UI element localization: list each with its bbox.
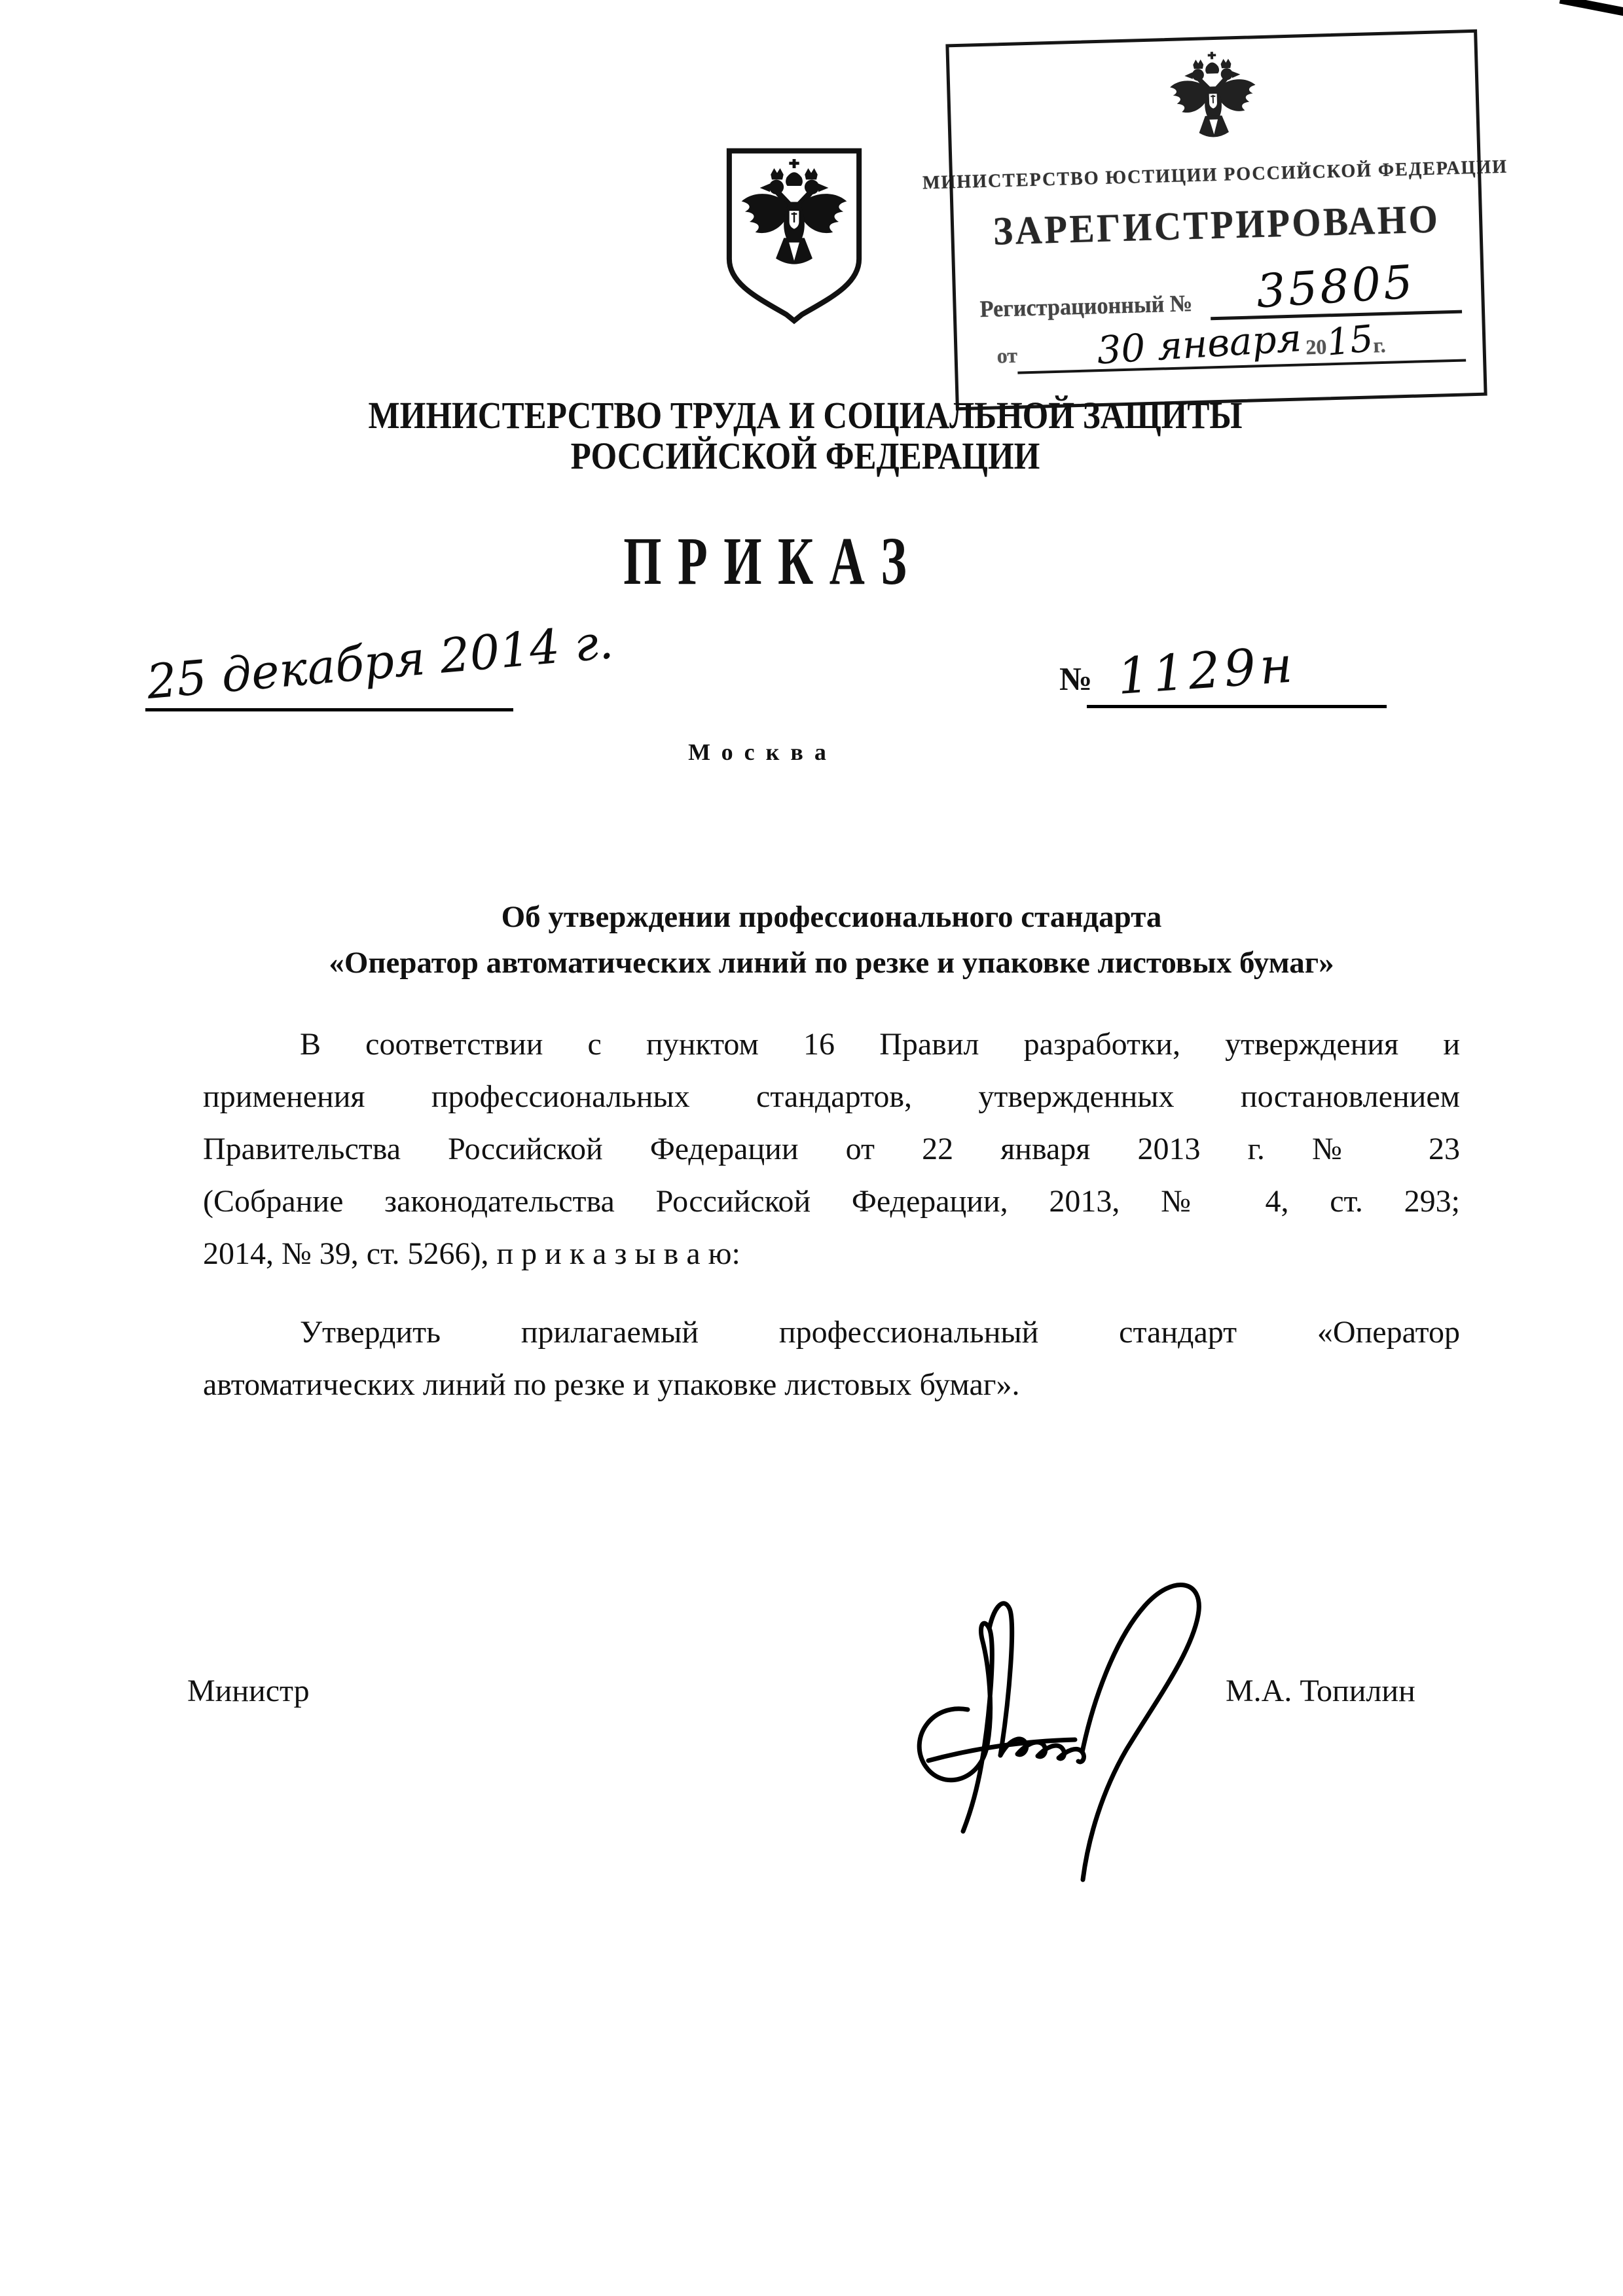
order-number-handwritten: 1129н (1116, 635, 1298, 706)
order-date-handwritten: 25 декабря 2014 г. (145, 614, 615, 709)
ministry-name-line1: МИНИСТЕРСТВО ТРУДА И СОЦИАЛЬНОЙ ЗАЩИТЫ (252, 395, 1359, 436)
stamp-reg-number-value: 35805 (1254, 255, 1416, 318)
document-type-title: П Р И К А З (137, 528, 1395, 596)
stamp-year-printed: 20 (1305, 334, 1327, 359)
body-line: Утвердить прилагаемый профессиональный с… (203, 1306, 1460, 1359)
body-line: В соответствии с пунктом 16 Правил разра… (203, 1018, 1460, 1071)
ministry-name: МИНИСТЕРСТВО ТРУДА И СОЦИАЛЬНОЙ ЗАЩИТЫ Р… (177, 395, 1434, 476)
body-paragraph-2: Утвердить прилагаемый профессиональный с… (203, 1306, 1460, 1411)
order-title-line2: «Оператор автоматических линий по резке … (203, 940, 1460, 986)
stamp-eagle-icon (1165, 50, 1261, 155)
order-number-field: № 1129н (1059, 622, 1387, 708)
stamp-reg-number-underline: 35805 (1209, 257, 1463, 321)
body-paragraph-1: В соответствии с пунктом 16 Правил разра… (203, 1018, 1460, 1280)
stamp-ministry-label: МИНИСТЕРСТВО ЮСТИЦИИ РОССИЙСКОЙ ФЕДЕРАЦИ… (922, 156, 1508, 194)
body-line: применения профессиональных стандартов, … (203, 1071, 1460, 1123)
coat-of-arms-icon (717, 144, 871, 334)
city-label: Москва (134, 738, 1391, 766)
order-title-line1: Об утверждении профессионального стандар… (203, 894, 1460, 940)
body-line: автоматических линий по резке и упаковке… (203, 1359, 1460, 1411)
number-sign: № (1059, 660, 1092, 698)
scan-artifact-mark (1559, 0, 1623, 16)
body-line: Правительства Российской Федерации от 22… (203, 1123, 1460, 1175)
stamp-year-suffix: г. (1373, 333, 1386, 357)
minister-signature-icon (851, 1545, 1309, 1918)
order-title: Об утверждении профессионального стандар… (203, 894, 1460, 986)
registration-stamp: МИНИСТЕРСТВО ЮСТИЦИИ РОССИЙСКОЙ ФЕДЕРАЦИ… (945, 29, 1487, 410)
document-page: МИНИСТЕРСТВО ЮСТИЦИИ РОССИЙСКОЙ ФЕДЕРАЦИ… (0, 0, 1623, 2296)
minister-label: Министр (187, 1673, 310, 1709)
stamp-date-prefix: от (996, 344, 1018, 375)
stamp-date-handwritten: 30 января (1096, 315, 1303, 373)
body-line: (Собрание законодательства Российской Фе… (203, 1175, 1460, 1228)
ministry-name-line2: РОССИЙСКОЙ ФЕДЕРАЦИИ (252, 436, 1359, 476)
minister-name: М.А. Топилин (1226, 1673, 1415, 1709)
stamp-reg-number-label: Регистрационный № (979, 289, 1193, 327)
stamp-registered-label: ЗАРЕГИСТРИРОВАНО (993, 196, 1440, 255)
order-date-field: 25 декабря 2014 г. (145, 622, 513, 711)
number-underline (1087, 705, 1387, 708)
body-line: 2014, № 39, ст. 5266), п р и к а з ы в а… (203, 1228, 1460, 1280)
stamp-year-handwritten: 15 (1324, 317, 1375, 365)
